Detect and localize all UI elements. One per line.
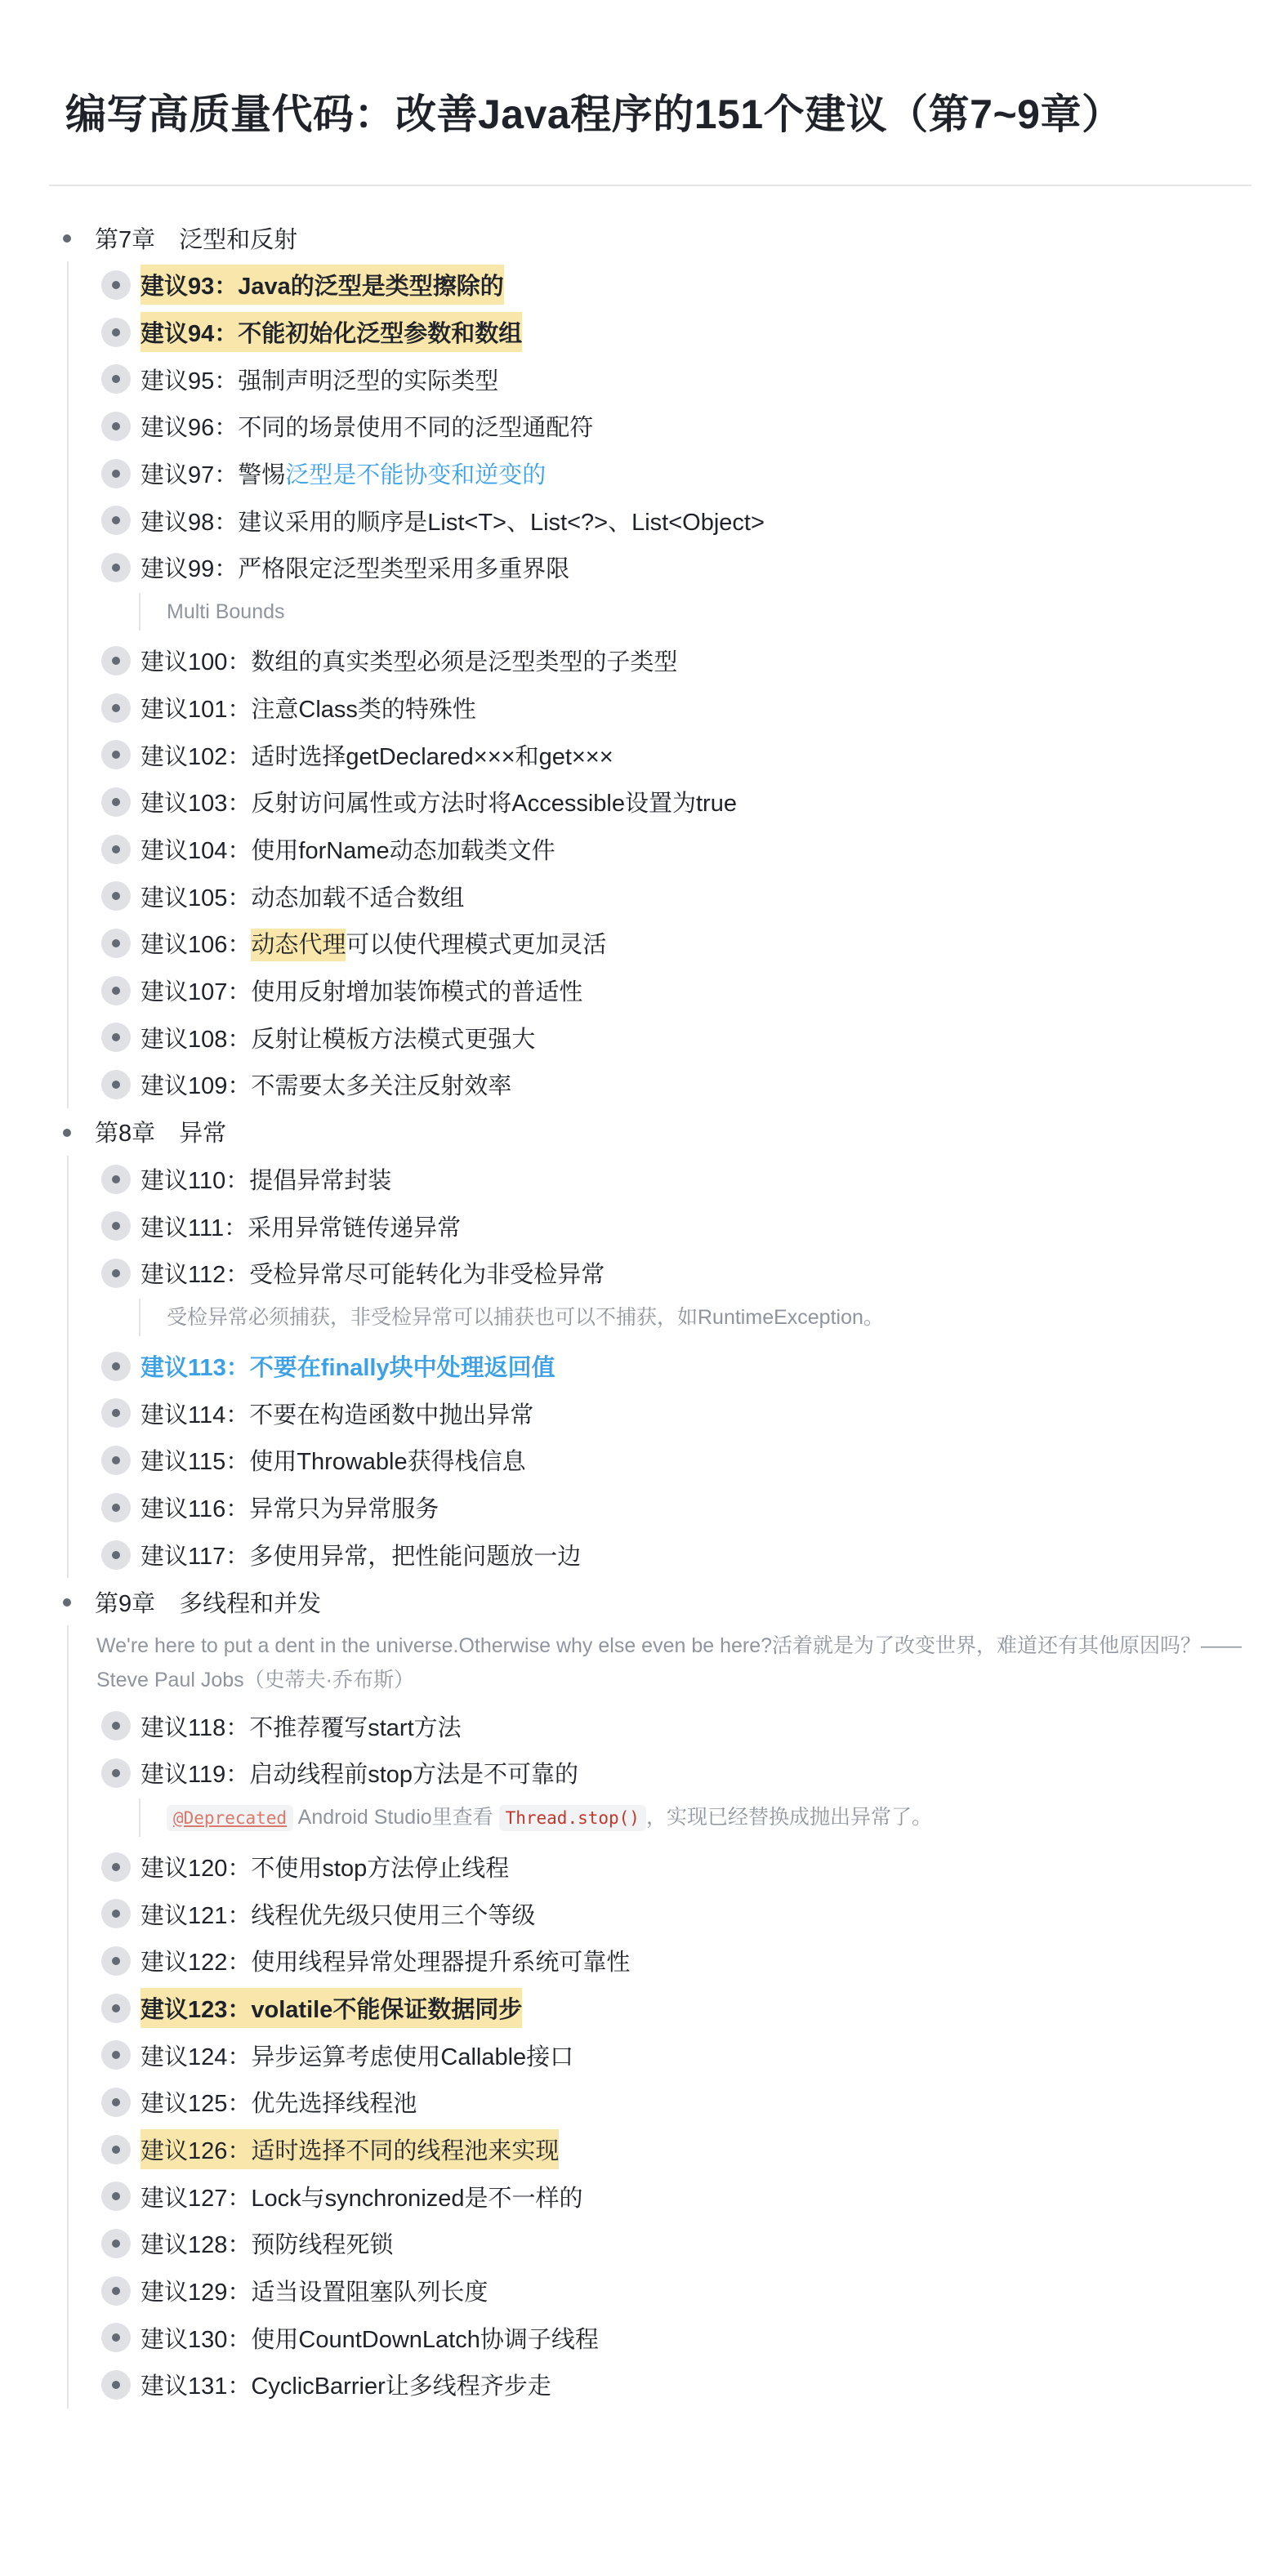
- bullet-ring-icon[interactable]: [101, 787, 131, 817]
- outline-item[interactable]: 建议121：线程优先级只使用三个等级: [69, 1890, 1276, 1937]
- item-label: 建议123：volatile不能保证数据同步: [141, 1997, 522, 2023]
- item-label: 建议97：警惕: [141, 462, 285, 488]
- bullet-ring-icon[interactable]: [101, 506, 131, 535]
- item-text: 建议108：反射让模板方法模式更强大: [141, 1021, 535, 1054]
- item-label: 建议107：使用反射增加装饰模式的普适性: [141, 979, 582, 1005]
- item-label: 建议94：不能初始化泛型参数和数组: [141, 321, 522, 347]
- outline-item[interactable]: 建议128：预防线程死锁: [69, 2220, 1276, 2267]
- outline-item[interactable]: 建议111：采用异常链传递异常: [69, 1202, 1276, 1250]
- item-text: 建议124：异步运算考虑使用Callable接口: [141, 2039, 573, 2072]
- item-text: 建议103：反射访问属性或方法时将Accessible设置为true: [141, 785, 737, 818]
- item-label: 建议125：优先选择线程池: [141, 2091, 417, 2117]
- item-text: 建议94：不能初始化泛型参数和数组: [141, 312, 522, 352]
- bullet-ring-icon[interactable]: [101, 835, 131, 864]
- item-label: 建议103：反射访问属性或方法时将Accessible设置为true: [141, 791, 737, 817]
- mindmap-outline-page: 编写高质量代码：改善Java程序的151个建议（第7~9章） 第7章 泛型和反射…: [0, 0, 1276, 2409]
- colored-text: 泛型是不能协变和逆变的: [285, 462, 546, 488]
- outline-item[interactable]: 建议106：动态代理可以使代理模式更加灵活: [69, 920, 1276, 967]
- item-label: 建议106：: [141, 932, 251, 958]
- highlighted-text: 动态代理: [251, 929, 346, 961]
- page-title: 编写高质量代码：改善Java程序的151个建议（第7~9章）: [0, 0, 1276, 140]
- outline-item[interactable]: 建议105：动态加载不适合数组: [69, 872, 1276, 920]
- item-text: 建议106：动态代理可以使代理模式更加灵活: [141, 926, 606, 960]
- chapter-children: 建议93：Java的泛型是类型擦除的建议94：不能初始化泛型参数和数组建议95：…: [67, 261, 1276, 1108]
- bullet-ring-icon[interactable]: [101, 1899, 131, 1928]
- item-label: 建议102：适时选择getDeclared×××和get×××: [141, 744, 613, 770]
- bullet-ring-icon[interactable]: [101, 1259, 131, 1288]
- item-text: 建议115：使用Throwable获得栈信息: [141, 1443, 526, 1477]
- item-label: 建议99：严格限定泛型类型采用多重界限: [141, 556, 569, 582]
- item-text: 建议126：适时选择不同的线程池来实现: [141, 2129, 559, 2169]
- outline-item[interactable]: 建议129：适当设置阻塞队列长度: [69, 2267, 1276, 2315]
- item-label: 建议98：建议采用的顺序是List<T>、List<?>、List<Object…: [141, 510, 765, 536]
- item-label: 建议93：Java的泛型是类型擦除的: [141, 274, 504, 300]
- item-text: 建议101：注意Class类的特殊性: [141, 691, 476, 724]
- outline-item[interactable]: 建议120：不使用stop方法停止线程: [69, 1843, 1276, 1891]
- bullet-ring-icon[interactable]: [101, 2088, 131, 2117]
- item-label: 建议117：多使用异常，把性能问题放一边: [141, 1544, 581, 1570]
- bullet-ring-icon[interactable]: [101, 1165, 131, 1194]
- outline-item[interactable]: 建议103：反射访问属性或方法时将Accessible设置为true: [69, 778, 1276, 826]
- item-text: 建议98：建议采用的顺序是List<T>、List<?>、List<Object…: [141, 504, 765, 537]
- item-note: @Deprecated Android Studio里查看 Thread.sto…: [139, 1798, 1276, 1837]
- chapter-heading[interactable]: 第8章 异常: [0, 1108, 1276, 1156]
- outline-item[interactable]: 建议104：使用forName动态加载类文件: [69, 826, 1276, 873]
- item-note: Multi Bounds: [139, 593, 1276, 631]
- outline-item[interactable]: 建议96：不同的场景使用不同的泛型通配符: [69, 403, 1276, 450]
- bullet-ring-icon[interactable]: [101, 976, 131, 1005]
- bullet-ring-icon[interactable]: [101, 318, 131, 347]
- item-text: 建议130：使用CountDownLatch协调子线程: [141, 2321, 599, 2355]
- item-text: 建议121：线程优先级只使用三个等级: [141, 1897, 535, 1931]
- outline-item[interactable]: 建议94：不能初始化泛型参数和数组: [69, 309, 1276, 356]
- item-text: 建议123：volatile不能保证数据同步: [141, 1988, 522, 2028]
- outline-item[interactable]: 建议95：强制声明泛型的实际类型: [69, 355, 1276, 403]
- outline-item[interactable]: 建议107：使用反射增加装饰模式的普适性: [69, 967, 1276, 1014]
- item-label: 建议96：不同的场景使用不同的泛型通配符: [141, 415, 593, 441]
- outline-item[interactable]: 建议101：注意Class类的特殊性: [69, 684, 1276, 732]
- outline-item[interactable]: 建议118：不推荐覆写start方法: [69, 1702, 1276, 1749]
- bullet-ring-icon[interactable]: [101, 2323, 131, 2352]
- item-text: 建议128：预防线程死锁: [141, 2226, 393, 2260]
- item-label: 建议110：提倡异常封装: [141, 1168, 391, 1194]
- outline-item[interactable]: 建议93：Java的泛型是类型擦除的: [69, 261, 1276, 309]
- item-text: 建议112：受检异常尽可能转化为非受检异常: [141, 1256, 605, 1290]
- chapter-note: We're here to put a dent in the universe…: [69, 1625, 1276, 1702]
- outline-item[interactable]: 建议119：启动线程前stop方法是不可靠的: [69, 1749, 1276, 1797]
- bullet-ring-icon[interactable]: [101, 1398, 131, 1428]
- outline-item[interactable]: 建议113：不要在finally块中处理返回值: [69, 1343, 1276, 1390]
- outline-item[interactable]: 建议116：异常只为异常服务: [69, 1484, 1276, 1531]
- outline-item[interactable]: 建议127：Lock与synchronized是不一样的: [69, 2173, 1276, 2220]
- bullet-dot-icon[interactable]: [63, 1598, 71, 1607]
- bullet-ring-icon[interactable]: [101, 2040, 131, 2070]
- item-text: 建议109：不需要太多关注反射效率: [141, 1067, 511, 1101]
- bullet-ring-icon[interactable]: [101, 1758, 131, 1788]
- outline-item[interactable]: 建议131：CyclicBarrier让多线程齐步走: [69, 2361, 1276, 2409]
- item-text: 建议113：不要在finally块中处理返回值: [141, 1349, 555, 1383]
- bullet-ring-icon[interactable]: [101, 646, 131, 675]
- outline-item[interactable]: 建议98：建议采用的顺序是List<T>、List<?>、List<Object…: [69, 497, 1276, 544]
- outline-item[interactable]: 建议124：异步运算考虑使用Callable接口: [69, 2031, 1276, 2079]
- chapter-children: 建议110：提倡异常封装建议111：采用异常链传递异常建议112：受检异常尽可能…: [67, 1156, 1276, 1579]
- item-text: 建议105：动态加载不适合数组: [141, 880, 464, 913]
- bullet-ring-icon[interactable]: [101, 412, 131, 441]
- item-text: 建议100：数组的真实类型必须是泛型类型的子类型: [141, 644, 677, 677]
- bullet-ring-icon[interactable]: [101, 270, 131, 300]
- item-text: 建议93：Java的泛型是类型擦除的: [141, 265, 504, 305]
- item-text: 建议104：使用forName动态加载类文件: [141, 832, 555, 866]
- bullet-ring-icon[interactable]: [101, 2182, 131, 2211]
- item-label: 建议104：使用forName动态加载类文件: [141, 838, 555, 864]
- item-label: 建议120：不使用stop方法停止线程: [141, 1856, 509, 1882]
- item-note: 受检异常必须捕获，非受检异常可以捕获也可以不捕获，如RuntimeExcepti…: [139, 1299, 1276, 1336]
- chapter-node: 第8章 异常建议110：提倡异常封装建议111：采用异常链传递异常建议112：受…: [0, 1108, 1276, 1579]
- item-label: 建议119：启动线程前stop方法是不可靠的: [141, 1762, 578, 1788]
- item-text: 建议96：不同的场景使用不同的泛型通配符: [141, 409, 593, 443]
- chapter-node: 第9章 多线程和并发We're here to put a dent in th…: [0, 1578, 1276, 2409]
- item-text: 建议125：优先选择线程池: [141, 2085, 417, 2119]
- outline-item[interactable]: 建议100：数组的真实类型必须是泛型类型的子类型: [69, 637, 1276, 684]
- item-text: 建议129：适当设置阻塞队列长度: [141, 2274, 488, 2307]
- outline-item[interactable]: 建议112：受检异常尽可能转化为非受检异常: [69, 1250, 1276, 1297]
- outline-item[interactable]: 建议123：volatile不能保证数据同步: [69, 1985, 1276, 2032]
- bullet-ring-icon[interactable]: [101, 693, 131, 723]
- item-label: 建议100：数组的真实类型必须是泛型类型的子类型: [141, 649, 677, 675]
- item-text: 建议118：不推荐覆写start方法: [141, 1709, 462, 1743]
- chapter-label: 第9章 多线程和并发: [95, 1585, 321, 1619]
- bullet-ring-icon[interactable]: [101, 1352, 131, 1381]
- bullet-ring-icon[interactable]: [101, 364, 131, 394]
- outline-item[interactable]: 建议109：不需要太多关注反射效率: [69, 1061, 1276, 1108]
- outline-tree: 第7章 泛型和反射建议93：Java的泛型是类型擦除的建议94：不能初始化泛型参…: [0, 186, 1276, 2409]
- outline-item[interactable]: 建议110：提倡异常封装: [69, 1156, 1276, 1203]
- outline-item[interactable]: 建议102：适时选择getDeclared×××和get×××: [69, 731, 1276, 778]
- item-label: 建议101：注意Class类的特殊性: [141, 697, 476, 723]
- outline-item[interactable]: 建议108：反射让模板方法模式更强大: [69, 1014, 1276, 1061]
- outline-item[interactable]: 建议130：使用CountDownLatch协调子线程: [69, 2314, 1276, 2361]
- note-text: Android Studio里查看: [293, 1806, 499, 1829]
- bullet-ring-icon[interactable]: [101, 1493, 131, 1522]
- item-label: 建议122：使用线程异常处理器提升系统可靠性: [141, 1950, 630, 1976]
- item-text: 建议102：适时选择getDeclared×××和get×××: [141, 738, 613, 772]
- bullet-ring-icon[interactable]: [101, 1711, 131, 1740]
- bullet-dot-icon[interactable]: [63, 1129, 71, 1137]
- bullet-ring-icon[interactable]: [101, 1994, 131, 2023]
- outline-item[interactable]: 建议114：不要在构造函数中抛出异常: [69, 1389, 1276, 1437]
- item-label: 建议111：采用异常链传递异常: [141, 1215, 461, 1241]
- bullet-ring-icon[interactable]: [101, 881, 131, 911]
- bullet-ring-icon[interactable]: [101, 459, 131, 488]
- item-text: 建议117：多使用异常，把性能问题放一边: [141, 1538, 581, 1571]
- item-text: 建议95：强制声明泛型的实际类型: [141, 363, 498, 396]
- item-text: 建议116：异常只为异常服务: [141, 1491, 439, 1524]
- item-label: 建议105：动态加载不适合数组: [141, 885, 464, 911]
- item-label-suffix: 可以使代理模式更加灵活: [346, 932, 606, 958]
- inline-code-thread-stop: Thread.stop(): [499, 1805, 646, 1831]
- bullet-ring-icon[interactable]: [101, 1852, 131, 1882]
- item-label: 建议109：不需要太多关注反射效率: [141, 1073, 511, 1099]
- item-text: 建议114：不要在构造函数中抛出异常: [141, 1397, 533, 1430]
- chapter-label: 第7章 泛型和反射: [95, 221, 297, 255]
- item-text: 建议111：采用异常链传递异常: [141, 1210, 461, 1243]
- bullet-ring-icon[interactable]: [101, 2276, 131, 2306]
- bullet-ring-icon[interactable]: [101, 1211, 131, 1241]
- item-label: 建议127：Lock与synchronized是不一样的: [141, 2186, 583, 2212]
- item-label: 建议126：适时选择不同的线程池来实现: [141, 2138, 559, 2164]
- note-text: ，实现已经替换成抛出异常了。: [646, 1806, 932, 1829]
- item-text: 建议120：不使用stop方法停止线程: [141, 1850, 509, 1883]
- item-text: 建议119：启动线程前stop方法是不可靠的: [141, 1756, 578, 1789]
- item-text: 建议97：警惕泛型是不能协变和逆变的: [141, 457, 546, 490]
- item-label: 建议112：受检异常尽可能转化为非受检异常: [141, 1262, 605, 1288]
- bullet-ring-icon[interactable]: [101, 929, 131, 958]
- bullet-ring-icon[interactable]: [101, 1446, 131, 1475]
- item-label: 建议129：适当设置阻塞队列长度: [141, 2280, 488, 2306]
- bullet-ring-icon[interactable]: [101, 2135, 131, 2164]
- inline-code-deprecated: @Deprecated: [167, 1805, 293, 1831]
- bullet-ring-icon[interactable]: [101, 553, 131, 582]
- outline-item[interactable]: 建议115：使用Throwable获得栈信息: [69, 1437, 1276, 1484]
- item-text: 建议131：CyclicBarrier让多线程齐步走: [141, 2368, 551, 2401]
- item-label: 建议114：不要在构造函数中抛出异常: [141, 1402, 533, 1428]
- outline-item[interactable]: 建议125：优先选择线程池: [69, 2079, 1276, 2126]
- item-label: 建议115：使用Throwable获得栈信息: [141, 1449, 526, 1475]
- item-label: 建议124：异步运算考虑使用Callable接口: [141, 2044, 573, 2070]
- item-text: 建议122：使用线程异常处理器提升系统可靠性: [141, 1944, 630, 1977]
- item-label: 建议130：使用CountDownLatch协调子线程: [141, 2327, 599, 2353]
- item-label: 建议108：反射让模板方法模式更强大: [141, 1027, 535, 1053]
- outline-item[interactable]: 建议122：使用线程异常处理器提升系统可靠性: [69, 1937, 1276, 1985]
- bullet-ring-icon[interactable]: [101, 1070, 131, 1099]
- chapter-heading[interactable]: 第9章 多线程和并发: [0, 1578, 1276, 1625]
- item-label: 建议95：强制声明泛型的实际类型: [141, 368, 498, 394]
- bullet-ring-icon[interactable]: [101, 1946, 131, 1976]
- bullet-dot-icon[interactable]: [63, 234, 71, 243]
- item-label: 建议118：不推荐覆写start方法: [141, 1715, 462, 1741]
- chapter-children: We're here to put a dent in the universe…: [67, 1625, 1276, 2409]
- item-text: 建议107：使用反射增加装饰模式的普适性: [141, 974, 582, 1007]
- item-text: 建议110：提倡异常封装: [141, 1162, 391, 1196]
- outline-item[interactable]: 建议117：多使用异常，把性能问题放一边: [69, 1531, 1276, 1579]
- item-label: 建议121：线程优先级只使用三个等级: [141, 1903, 535, 1929]
- item-text: 建议99：严格限定泛型类型采用多重界限: [141, 550, 569, 584]
- outline-item[interactable]: 建议99：严格限定泛型类型采用多重界限: [69, 544, 1276, 591]
- item-label: 建议128：预防线程死锁: [141, 2232, 393, 2258]
- bullet-ring-icon[interactable]: [101, 1023, 131, 1052]
- item-text: 建议127：Lock与synchronized是不一样的: [141, 2180, 583, 2213]
- item-label: 建议116：异常只为异常服务: [141, 1496, 439, 1522]
- chapter-heading[interactable]: 第7章 泛型和反射: [0, 214, 1276, 261]
- item-label: 建议131：CyclicBarrier让多线程齐步走: [141, 2373, 551, 2400]
- item-label: 建议113：不要在finally块中处理返回值: [141, 1355, 555, 1381]
- chapter-node: 第7章 泛型和反射建议93：Java的泛型是类型擦除的建议94：不能初始化泛型参…: [0, 214, 1276, 1108]
- bullet-ring-icon[interactable]: [101, 2229, 131, 2258]
- outline-item[interactable]: 建议126：适时选择不同的线程池来实现: [69, 2126, 1276, 2173]
- bullet-ring-icon[interactable]: [101, 1540, 131, 1570]
- bullet-ring-icon[interactable]: [101, 740, 131, 769]
- bullet-ring-icon[interactable]: [101, 2370, 131, 2400]
- chapter-label: 第8章 异常: [95, 1115, 226, 1148]
- outline-item[interactable]: 建议97：警惕泛型是不能协变和逆变的: [69, 450, 1276, 497]
